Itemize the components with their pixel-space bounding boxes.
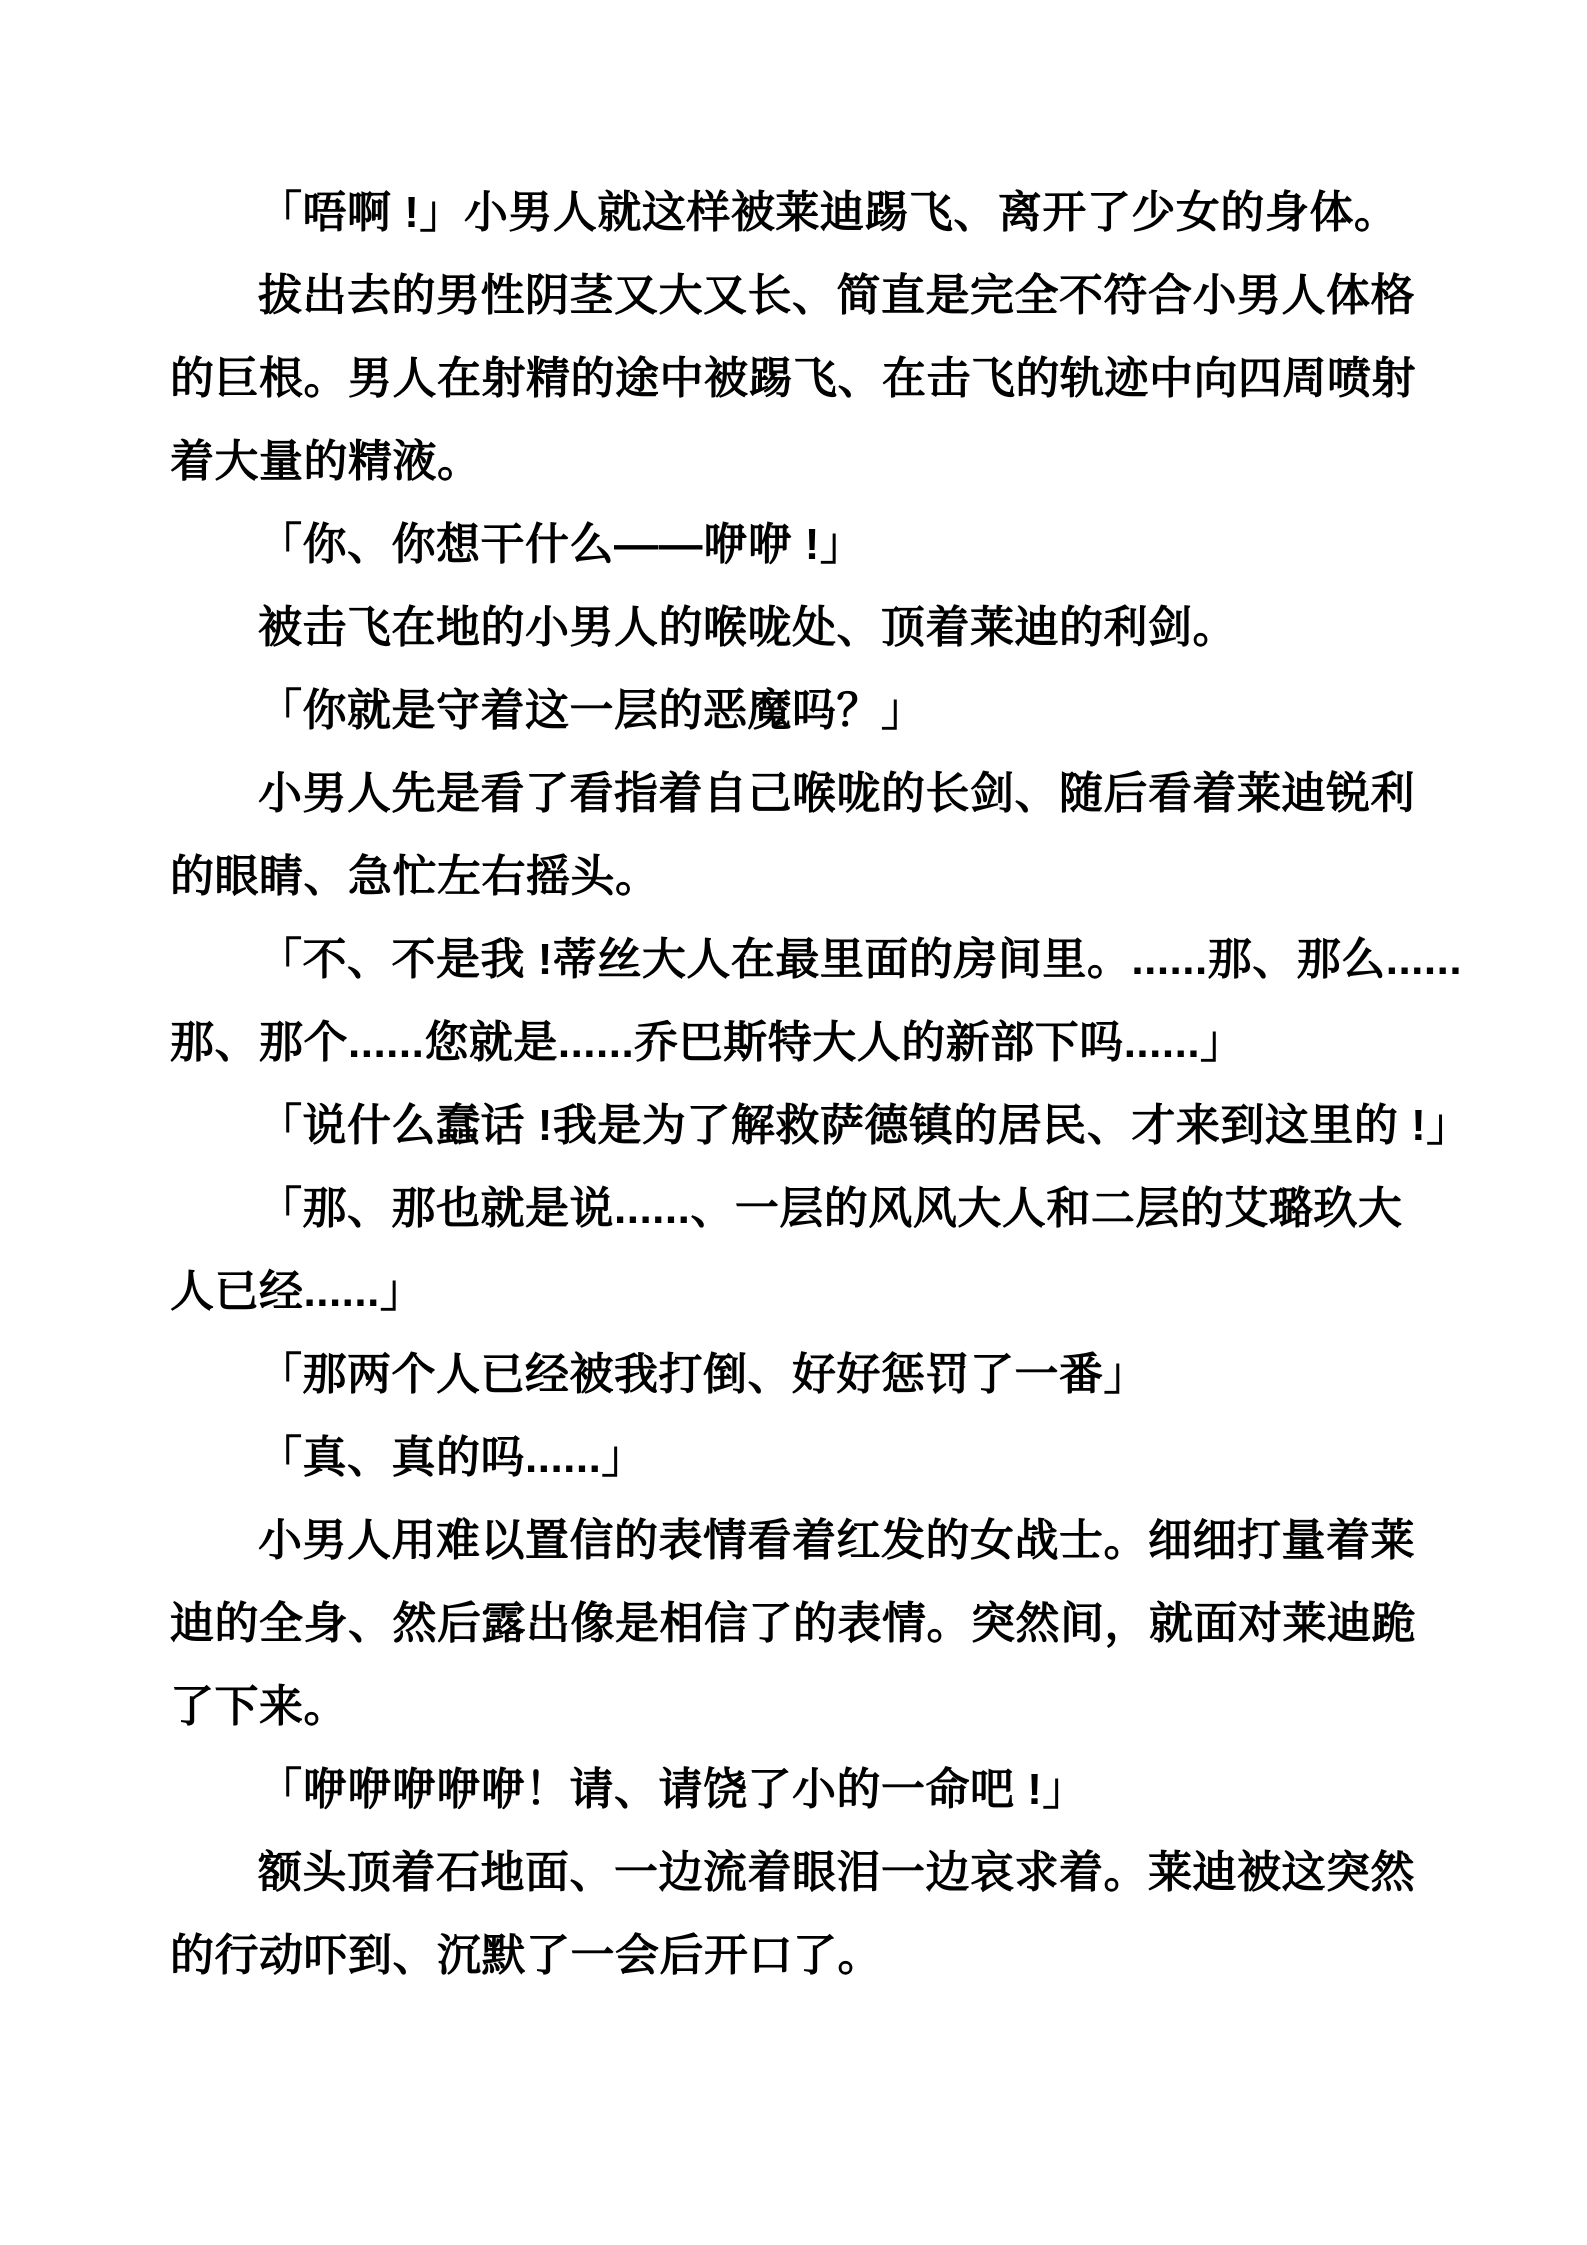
text-line: 那、那个......您就是......乔巴斯特大人的新部下吗......」 — [170, 1001, 1450, 1084]
text-line: 「你就是守着这一层的恶魔吗？」 — [170, 669, 1450, 752]
text-line: 的眼睛、急忙左右摇头。 — [170, 835, 1450, 918]
text-line: 迪的全身、然后露出像是相信了的表情。突然间，就面对莱迪跪 — [170, 1582, 1450, 1665]
text-line: 「那、那也就是说......、一层的风风大人和二层的艾璐玖大 — [170, 1167, 1450, 1250]
text-line: 小男人先是看了看指着自己喉咙的长剑、随后看着莱迪锐利 — [170, 752, 1450, 835]
text-line: 额头顶着石地面、一边流着眼泪一边哀求着。莱迪被这突然 — [170, 1831, 1450, 1914]
text-line: 拔出去的男性阴茎又大又长、简直是完全不符合小男人体格 — [170, 254, 1450, 337]
text-content: 「唔啊 !」小男人就这样被莱迪踢飞、离开了少女的身体。拔出去的男性阴茎又大又长、… — [170, 171, 1450, 1997]
text-line: 着大量的精液。 — [170, 420, 1450, 503]
text-line: 被击飞在地的小男人的喉咙处、顶着莱迪的利剑。 — [170, 586, 1450, 669]
text-line: 「那两个人已经被我打倒、好好惩罚了一番」 — [170, 1333, 1450, 1416]
text-line: 「你、你想干什么——咿咿 !」 — [170, 503, 1450, 586]
text-line: 人已经......」 — [170, 1250, 1450, 1333]
text-line: 的行动吓到、沉默了一会后开口了。 — [170, 1914, 1450, 1997]
text-line: 小男人用难以置信的表情看着红发的女战士。细细打量着莱 — [170, 1499, 1450, 1582]
text-line: 「不、不是我 !蒂丝大人在最里面的房间里。......那、那么...... — [170, 918, 1450, 1001]
text-line: 「咿咿咿咿咿！请、请饶了小的一命吧 !」 — [170, 1748, 1450, 1831]
text-line: 「唔啊 !」小男人就这样被莱迪踢飞、离开了少女的身体。 — [170, 171, 1450, 254]
text-line: 了下来。 — [170, 1665, 1450, 1748]
text-line: 「真、真的吗......」 — [170, 1416, 1450, 1499]
text-line: 的巨根。男人在射精的途中被踢飞、在击飞的轨迹中向四周喷射 — [170, 337, 1450, 420]
text-line: 「说什么蠢话 !我是为了解救萨德镇的居民、才来到这里的 !」 — [170, 1084, 1450, 1167]
document-page: 「唔啊 !」小男人就这样被莱迪踢飞、离开了少女的身体。拔出去的男性阴茎又大又长、… — [0, 0, 1587, 2245]
